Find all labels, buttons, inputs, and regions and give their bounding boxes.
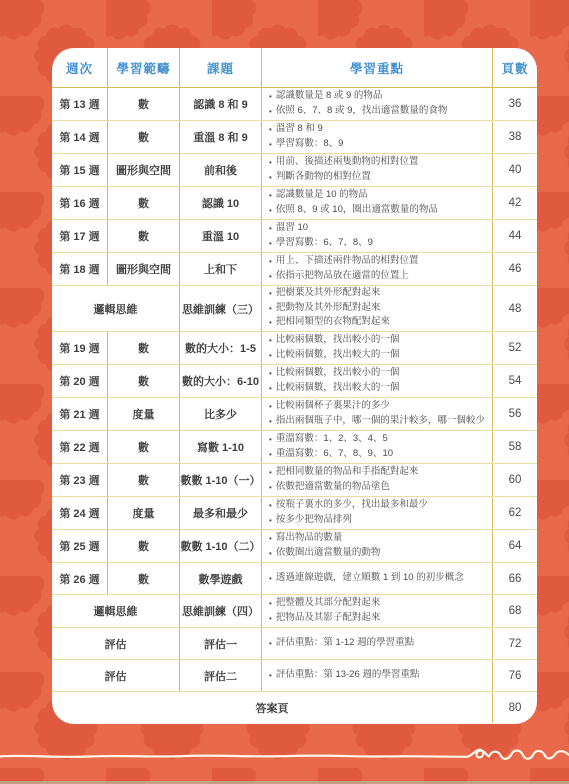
bullet-item: •透過連線遊戲，建立順數 1 到 10 的初步概念 [269, 572, 464, 586]
bullet-item: •依數把適當數量的物品塗色 [269, 481, 390, 495]
table-row: 第 13 週數認識 8 和 9•認識數量是 8 或 9 的物品•依照 6、7、8… [52, 88, 537, 121]
bullet-item: •按多少把物品排列 [269, 514, 352, 528]
answers-label-cell: 答案頁 [52, 692, 493, 723]
page-cell: 66 [493, 563, 537, 594]
week-cell: 第 21 週 [52, 398, 108, 430]
bullet-icon: • [269, 139, 272, 152]
page-cell: 58 [493, 431, 537, 463]
page-cell: 38 [493, 121, 537, 153]
bullet-icon: • [269, 271, 272, 284]
answers-row: 答案頁80 [52, 692, 537, 723]
bullet-item: •比較兩個杯子裏果汁的多少 [269, 400, 390, 414]
bullet-icon: • [269, 172, 272, 185]
bullet-item: •把樹葉及其外形配對起來 [269, 287, 380, 301]
bullet-item: •指出兩個瓶子中，哪一個的果汁較多，哪一個較少 [269, 415, 485, 429]
topic-cell: 寫數 1-10 [180, 431, 262, 463]
table-row: 第 17 週數重溫 10•溫習 10•學習寫數：6、7、8、944 [52, 220, 537, 253]
points-cell: •把整體及其部分配對起來•把物品及其影子配對起來 [262, 595, 493, 627]
merged-area-cell: 評估 [52, 628, 180, 659]
points-cell: •溫習 8 和 9•學習寫數：8、9 [262, 121, 493, 153]
topic-cell: 重溫 8 和 9 [180, 121, 262, 153]
column-header-learning-area: 學習範疇 [108, 48, 180, 87]
topic-cell: 重溫 10 [180, 220, 262, 252]
column-header-topic: 課題 [180, 48, 262, 87]
week-cell: 第 15 週 [52, 154, 108, 186]
bullet-icon: • [269, 533, 272, 546]
bullet-icon: • [269, 350, 272, 363]
bullet-text: 依數圈出適當數量的動物 [276, 547, 381, 560]
table-row: 第 18 週圖形與空間上和下•用上、下描述兩件物品的相對位置•依指示把物品放在適… [52, 253, 537, 286]
bullet-text: 按瓶子裏水的多少，找出最多和最少 [276, 499, 428, 512]
points-cell: •認識數量是 8 或 9 的物品•依照 6、7、8 或 9，找出適當數量的食物 [262, 88, 493, 120]
bullet-text: 按多少把物品排列 [276, 514, 352, 527]
bullet-item: •認識數量是 10 的物品 [269, 189, 368, 203]
area-cell: 數 [108, 464, 180, 496]
area-cell: 數 [108, 88, 180, 120]
week-cell: 第 19 週 [52, 332, 108, 364]
topic-cell: 前和後 [180, 154, 262, 186]
bullet-item: •比較兩個數，找出較大的一個 [269, 349, 399, 363]
topic-cell: 認識 8 和 9 [180, 88, 262, 120]
bullet-item: •依照 8、9 或 10，圈出適當數量的物品 [269, 204, 438, 218]
week-cell: 第 22 週 [52, 431, 108, 463]
merged-area-cell: 評估 [52, 660, 180, 691]
bullet-icon: • [269, 205, 272, 218]
bullet-item: •比較兩個數，找出較大的一個 [269, 382, 399, 396]
page-cell: 52 [493, 332, 537, 364]
points-cell: •溫習 10•學習寫數：6、7、8、9 [262, 220, 493, 252]
bullet-item: •重溫寫數：6、7、8、9、10 [269, 448, 393, 462]
bullet-item: •把相同類型的衣物配對起來 [269, 316, 390, 330]
area-cell: 數 [108, 563, 180, 594]
topic-cell: 最多和最少 [180, 497, 262, 529]
bullet-icon: • [269, 335, 272, 348]
page-cell: 64 [493, 530, 537, 562]
bullet-icon: • [269, 303, 272, 316]
area-cell: 數 [108, 332, 180, 364]
points-cell: •用前、後描述兩隻動物的相對位置•判斷各動物的相對位置 [262, 154, 493, 186]
points-cell: •透過連線遊戲，建立順數 1 到 10 的初步概念 [262, 563, 493, 594]
topic-cell: 數學遊戲 [180, 563, 262, 594]
topic-cell: 評估二 [180, 660, 262, 691]
bullet-text: 比較兩個數，找出較大的一個 [276, 349, 400, 362]
bullet-icon: • [269, 416, 272, 429]
bullet-item: •把物品及其影子配對起來 [269, 612, 380, 626]
bullet-text: 評估重點：第 13-26 週的學習重點 [276, 669, 420, 682]
bullet-text: 比較兩個數，找出較大的一個 [276, 382, 400, 395]
topic-cell: 數的大小：1-5 [180, 332, 262, 364]
topic-cell: 數數 1-10（一） [180, 464, 262, 496]
bullet-item: •用前、後描述兩隻動物的相對位置 [269, 156, 418, 170]
merged-area-cell: 邏輯思維 [52, 595, 180, 627]
bullet-item: •把整體及其部分配對起來 [269, 597, 380, 611]
topic-cell: 認識 10 [180, 187, 262, 219]
points-cell: •評估重點：第 1-12 週的學習重點 [262, 628, 493, 659]
topic-cell: 數數 1-10（二） [180, 530, 262, 562]
bullet-icon: • [269, 638, 272, 651]
bullet-icon: • [269, 670, 272, 683]
bullet-item: •評估重點：第 13-26 週的學習重點 [269, 669, 419, 683]
bullet-item: •重溫寫數：1、2、3、4、5 [269, 433, 388, 447]
table-row: 第 19 週數數的大小：1-5•比較兩個數，找出較小的一個•比較兩個數，找出較大… [52, 332, 537, 365]
table-row: 第 20 週數數的大小：6-10•比較兩個數，找出較小的一個•比較兩個數，找出較… [52, 365, 537, 398]
page-cell: 48 [493, 286, 537, 331]
table-row: 第 16 週數認識 10•認識數量是 10 的物品•依照 8、9 或 10，圈出… [52, 187, 537, 220]
page-cell: 72 [493, 628, 537, 659]
table-row: 第 23 週數數數 1-10（一）•把相同數量的物品和手指配對起來•依數把適當數… [52, 464, 537, 497]
bullet-icon: • [269, 256, 272, 269]
bullet-icon: • [269, 317, 272, 330]
page-cell: 42 [493, 187, 537, 219]
merged-area-cell: 邏輯思維 [52, 286, 180, 331]
bullet-item: •寫出物品的數量 [269, 532, 342, 546]
week-cell: 第 23 週 [52, 464, 108, 496]
page-cell: 62 [493, 497, 537, 529]
table-row: 第 25 週數數數 1-10（二）•寫出物品的數量•依數圈出適當數量的動物64 [52, 530, 537, 563]
bullet-icon: • [269, 383, 272, 396]
column-header-learning-points: 學習重點 [262, 48, 493, 87]
bullet-icon: • [269, 573, 272, 586]
bullet-icon: • [269, 434, 272, 447]
bullet-icon: • [269, 238, 272, 251]
points-cell: •比較兩個數，找出較小的一個•比較兩個數，找出較大的一個 [262, 365, 493, 397]
page-cell: 68 [493, 595, 537, 627]
column-header-page: 頁數 [493, 48, 537, 87]
bullet-text: 寫出物品的數量 [276, 532, 343, 545]
bullet-icon: • [269, 401, 272, 414]
week-cell: 第 20 週 [52, 365, 108, 397]
page-cell: 36 [493, 88, 537, 120]
page-cell: 54 [493, 365, 537, 397]
points-cell: •按瓶子裏水的多少，找出最多和最少•按多少把物品排列 [262, 497, 493, 529]
table-row: 第 22 週數寫數 1-10•重溫寫數：1、2、3、4、5•重溫寫數：6、7、8… [52, 431, 537, 464]
week-cell: 第 18 週 [52, 253, 108, 285]
bullet-text: 把相同類型的衣物配對起來 [276, 316, 390, 329]
page-cell: 76 [493, 660, 537, 691]
bullet-icon: • [269, 500, 272, 513]
bullet-item: •按瓶子裏水的多少，找出最多和最少 [269, 499, 428, 513]
bullet-icon: • [269, 613, 272, 626]
page-cell: 44 [493, 220, 537, 252]
bullet-text: 把動物及其外形配對起來 [276, 302, 381, 315]
area-cell: 數 [108, 187, 180, 219]
bullet-item: •依數圈出適當數量的動物 [269, 547, 380, 561]
topic-cell: 思維訓練（三） [180, 286, 262, 331]
points-cell: •用上、下描述兩件物品的相對位置•依指示把物品放在適當的位置上 [262, 253, 493, 285]
area-cell: 數 [108, 530, 180, 562]
topic-cell: 思維訓練（四） [180, 595, 262, 627]
bullet-icon: • [269, 482, 272, 495]
bullet-icon: • [269, 157, 272, 170]
bullet-item: •溫習 8 和 9 [269, 123, 323, 137]
bullet-text: 依照 6、7、8 或 9，找出適當數量的食物 [276, 105, 448, 118]
bullet-text: 把相同數量的物品和手指配對起來 [276, 466, 419, 479]
bullet-text: 指出兩個瓶子中，哪一個的果汁較多，哪一個較少 [276, 415, 485, 428]
bullet-icon: • [269, 106, 272, 119]
bullet-item: •把相同數量的物品和手指配對起來 [269, 466, 418, 480]
topic-cell: 上和下 [180, 253, 262, 285]
bullet-text: 認識數量是 8 或 9 的物品 [276, 90, 383, 103]
bullet-text: 把樹葉及其外形配對起來 [276, 287, 381, 300]
bullet-text: 依照 8、9 或 10，圈出適當數量的物品 [276, 204, 438, 217]
bullet-text: 溫習 8 和 9 [276, 123, 323, 136]
bullet-icon: • [269, 288, 272, 301]
area-cell: 度量 [108, 497, 180, 529]
topic-cell: 比多少 [180, 398, 262, 430]
bullet-text: 比較兩個數，找出較小的一個 [276, 334, 400, 347]
bullet-item: •依照 6、7、8 或 9，找出適當數量的食物 [269, 105, 447, 119]
bullet-item: •判斷各動物的相對位置 [269, 171, 371, 185]
area-cell: 數 [108, 220, 180, 252]
bullet-text: 比較兩個數，找出較小的一個 [276, 367, 400, 380]
bullet-icon: • [269, 449, 272, 462]
area-cell: 度量 [108, 398, 180, 430]
week-cell: 第 13 週 [52, 88, 108, 120]
topic-cell: 數的大小：6-10 [180, 365, 262, 397]
points-cell: •寫出物品的數量•依數圈出適當數量的動物 [262, 530, 493, 562]
table-row: 第 24 週度量最多和最少•按瓶子裏水的多少，找出最多和最少•按多少把物品排列6… [52, 497, 537, 530]
table-row: 第 15 週圖形與空間前和後•用前、後描述兩隻動物的相對位置•判斷各動物的相對位… [52, 154, 537, 187]
topic-cell: 評估一 [180, 628, 262, 659]
bullet-item: •比較兩個數，找出較小的一個 [269, 334, 399, 348]
bullet-icon: • [269, 598, 272, 611]
table-row: 第 26 週數數學遊戲•透過連線遊戲，建立順數 1 到 10 的初步概念66 [52, 563, 537, 595]
bullet-text: 溫習 10 [276, 222, 308, 235]
contents-table-card: 週次 學習範疇 課題 學習重點 頁數 第 13 週數認識 8 和 9•認識數量是… [52, 48, 537, 724]
area-cell: 數 [108, 431, 180, 463]
bullet-item: •依指示把物品放在適當的位置上 [269, 270, 409, 284]
bullet-text: 用前、後描述兩隻動物的相對位置 [276, 156, 419, 169]
bullet-text: 依數把適當數量的物品塗色 [276, 481, 390, 494]
bullet-item: •溫習 10 [269, 222, 308, 236]
area-cell: 數 [108, 121, 180, 153]
bullet-text: 依指示把物品放在適當的位置上 [276, 270, 409, 283]
bullet-text: 透過連線遊戲，建立順數 1 到 10 的初步概念 [276, 572, 464, 585]
week-cell: 第 24 週 [52, 497, 108, 529]
bullet-text: 學習寫數：6、7、8、9 [276, 237, 373, 250]
bullet-text: 重溫寫數：1、2、3、4、5 [276, 433, 388, 446]
week-cell: 第 26 週 [52, 563, 108, 594]
points-cell: •比較兩個杯子裏果汁的多少•指出兩個瓶子中，哪一個的果汁較多，哪一個較少 [262, 398, 493, 430]
page-cell: 56 [493, 398, 537, 430]
week-cell: 第 25 週 [52, 530, 108, 562]
bullet-text: 學習寫數：8、9 [276, 138, 344, 151]
bullet-icon: • [269, 548, 272, 561]
bullet-item: •比較兩個數，找出較小的一個 [269, 367, 399, 381]
points-cell: •重溫寫數：1、2、3、4、5•重溫寫數：6、7、8、9、10 [262, 431, 493, 463]
bullet-text: 比較兩個杯子裏果汁的多少 [276, 400, 390, 413]
points-cell: •把相同數量的物品和手指配對起來•依數把適當數量的物品塗色 [262, 464, 493, 496]
points-cell: •認識數量是 10 的物品•依照 8、9 或 10，圈出適當數量的物品 [262, 187, 493, 219]
page-cell: 40 [493, 154, 537, 186]
table-row: 邏輯思維思維訓練（三）•把樹葉及其外形配對起來•把動物及其外形配對起來•把相同類… [52, 286, 537, 332]
bullet-icon: • [269, 515, 272, 528]
bullet-icon: • [269, 467, 272, 480]
points-cell: •把樹葉及其外形配對起來•把動物及其外形配對起來•把相同類型的衣物配對起來 [262, 286, 493, 331]
bullet-text: 判斷各動物的相對位置 [276, 171, 371, 184]
table-row: 邏輯思維思維訓練（四）•把整體及其部分配對起來•把物品及其影子配對起來68 [52, 595, 537, 628]
bullet-text: 評估重點：第 1-12 週的學習重點 [276, 637, 414, 650]
bullet-item: •評估重點：第 1-12 週的學習重點 [269, 637, 414, 651]
column-header-week: 週次 [52, 48, 108, 87]
bullet-text: 把整體及其部分配對起來 [276, 597, 381, 610]
area-cell: 數 [108, 365, 180, 397]
page-cell: 46 [493, 253, 537, 285]
area-cell: 圖形與空間 [108, 253, 180, 285]
bullet-icon: • [269, 124, 272, 137]
bullet-item: •用上、下描述兩件物品的相對位置 [269, 255, 418, 269]
week-cell: 第 14 週 [52, 121, 108, 153]
page-cell: 60 [493, 464, 537, 496]
bullet-item: •學習寫數：6、7、8、9 [269, 237, 373, 251]
week-cell: 第 17 週 [52, 220, 108, 252]
bullet-icon: • [269, 368, 272, 381]
points-cell: •比較兩個數，找出較小的一個•比較兩個數，找出較大的一個 [262, 332, 493, 364]
bullet-icon: • [269, 91, 272, 104]
bullet-item: •認識數量是 8 或 9 的物品 [269, 90, 382, 104]
points-cell: •評估重點：第 13-26 週的學習重點 [262, 660, 493, 691]
bullet-icon: • [269, 223, 272, 236]
bullet-item: •把動物及其外形配對起來 [269, 302, 380, 316]
bullet-text: 把物品及其影子配對起來 [276, 612, 381, 625]
bullet-text: 用上、下描述兩件物品的相對位置 [276, 255, 419, 268]
area-cell: 圖形與空間 [108, 154, 180, 186]
table-row: 評估評估一•評估重點：第 1-12 週的學習重點72 [52, 628, 537, 660]
table-header-row: 週次 學習範疇 課題 學習重點 頁數 [52, 48, 537, 88]
table-row: 評估評估二•評估重點：第 13-26 週的學習重點76 [52, 660, 537, 692]
table-row: 第 14 週數重溫 8 和 9•溫習 8 和 9•學習寫數：8、938 [52, 121, 537, 154]
bullet-icon: • [269, 190, 272, 203]
week-cell: 第 16 週 [52, 187, 108, 219]
bullet-item: •學習寫數：8、9 [269, 138, 343, 152]
bullet-text: 認識數量是 10 的物品 [276, 189, 368, 202]
table-row: 第 21 週度量比多少•比較兩個杯子裏果汁的多少•指出兩個瓶子中，哪一個的果汁較… [52, 398, 537, 431]
bullet-text: 重溫寫數：6、7、8、9、10 [276, 448, 393, 461]
